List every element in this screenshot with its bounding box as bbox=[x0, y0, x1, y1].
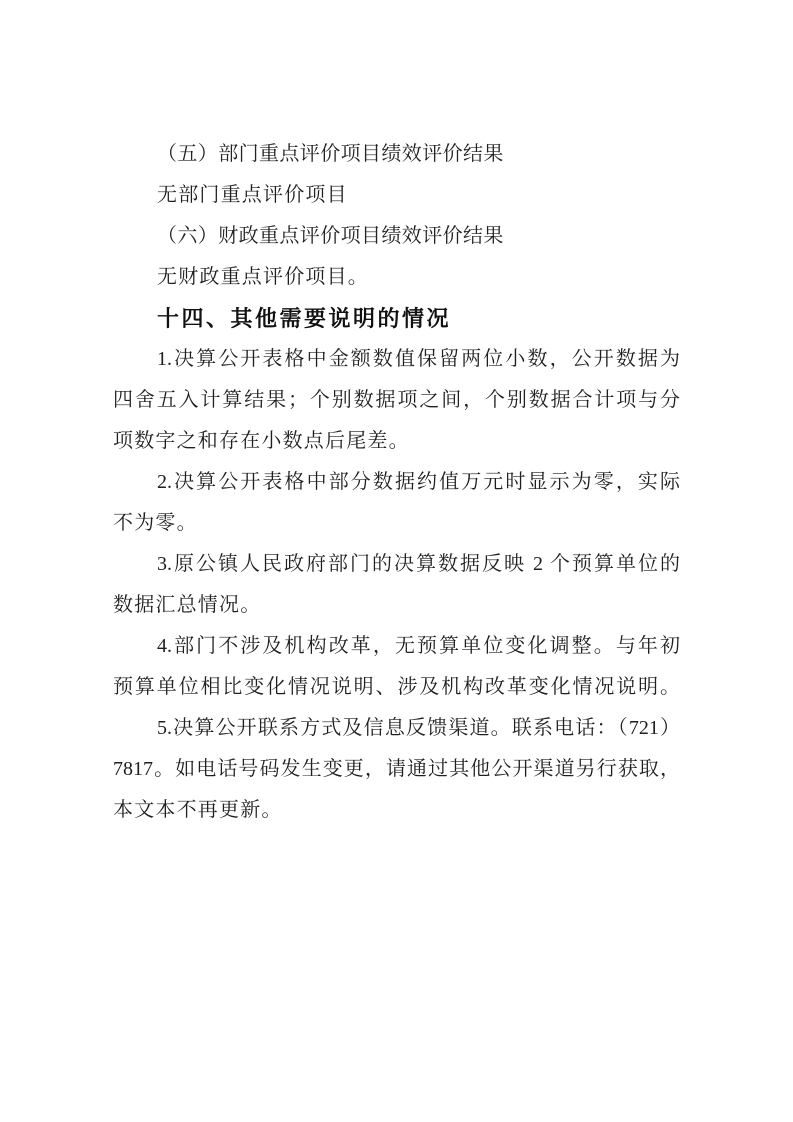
text-line: 不为零。 bbox=[113, 503, 680, 544]
section-subheading: （五）部门重点评价项目绩效评价结果 bbox=[113, 134, 680, 175]
text-line: 数据汇总情况。 bbox=[113, 585, 680, 626]
text-line: 四舍五入计算结果；个别数据项之间，个别数据合计项与分 bbox=[113, 380, 680, 421]
text-line: 2.决算公开表格中部分数据约值万元时显示为零，实际 bbox=[113, 462, 680, 503]
text-line: 7817。如电话号码发生变更，请通过其他公开渠道另行获取， bbox=[113, 749, 680, 790]
text-line: 项数字之和存在小数点后尾差。 bbox=[113, 421, 680, 462]
section-subheading: （六）财政重点评价项目绩效评价结果 bbox=[113, 216, 680, 257]
text-line: 1.决算公开表格中金额数值保留两位小数，公开数据为 bbox=[113, 339, 680, 380]
text-line: 4.部门不涉及机构改革，无预算单位变化调整。与年初 bbox=[113, 626, 680, 667]
text-line: 无财政重点评价项目。 bbox=[113, 257, 680, 298]
section-heading: 十四、其他需要说明的情况 bbox=[113, 298, 680, 339]
text-line: 5.决算公开联系方式及信息反馈渠道。联系电话：（721） bbox=[113, 708, 680, 749]
document-content: （五）部门重点评价项目绩效评价结果无部门重点评价项目（六）财政重点评价项目绩效评… bbox=[113, 134, 680, 831]
text-line: 本文本不再更新。 bbox=[113, 790, 680, 831]
document-page: （五）部门重点评价项目绩效评价结果无部门重点评价项目（六）财政重点评价项目绩效评… bbox=[0, 0, 793, 1122]
text-line: 无部门重点评价项目 bbox=[113, 175, 680, 216]
text-line: 3.原公镇人民政府部门的决算数据反映 2 个预算单位的 bbox=[113, 544, 680, 585]
text-line: 预算单位相比变化情况说明、涉及机构改革变化情况说明。 bbox=[113, 667, 680, 708]
